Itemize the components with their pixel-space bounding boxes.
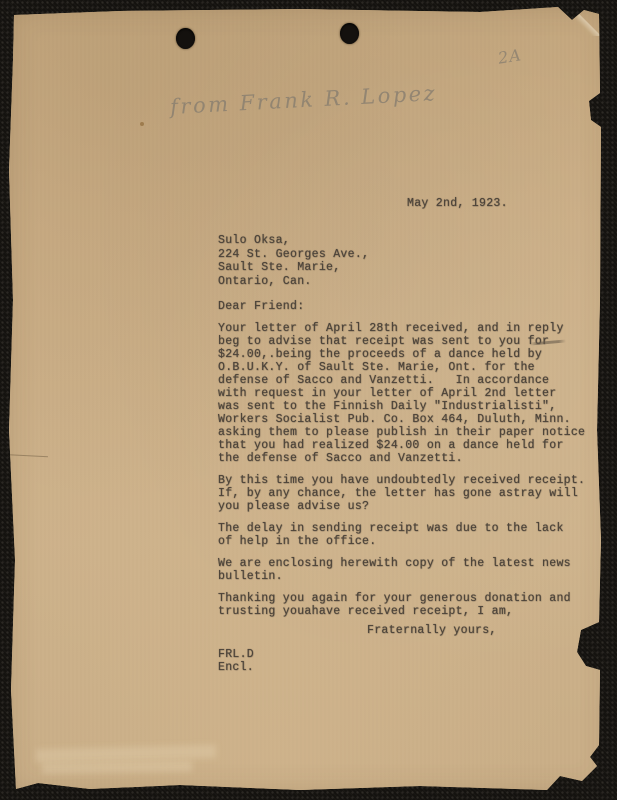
body-line: By this time you have undoubtedly receiv… [218,474,593,487]
body-line: Your letter of April 28th received, and … [218,322,593,335]
body-line: defense of Sacco and Vanzetti. In accord… [218,374,593,387]
paragraph-gap [218,548,593,557]
corner-fold [566,8,602,36]
pencil-annotation-sender: from Frank R. Lopez [170,81,438,119]
body-line: bulletin. [218,570,593,583]
body-line: you please advise us? [218,500,593,513]
body-line: was sent to the Finnish Daily "Industria… [218,400,593,413]
recipient-region: Ontario, Can. [218,275,369,289]
recipient-address: Sulo Oksa, 224 St. Georges Ave., Sault S… [218,234,369,288]
closing: Fraternally yours, [367,624,497,637]
letter-date: May 2nd, 1923. [407,197,508,210]
paragraph-gap [218,583,593,592]
body-line: $24.00,.being the proceeds of a dance he… [218,348,593,361]
bleed-through-text [36,745,216,763]
body-line: that you had realized $24.00 on a dance … [218,439,593,452]
body-line: We are enclosing herewith copy of the la… [218,557,593,570]
body-line: Thanking you again for your generous don… [218,592,593,605]
reference-block: FRL.D Encl. [218,648,254,674]
punch-hole-left [176,28,195,49]
letter-page: from Frank R. Lopez 2A May 2nd, 1923. Su… [0,0,617,800]
punch-hole-right [340,23,359,44]
pencil-annotation-page-number: 2A [497,45,523,67]
body-line: asking them to please publish in their p… [218,426,593,439]
recipient-street: 224 St. Georges Ave., [218,248,369,262]
paragraph-gap [218,513,593,522]
body-line: The delay in sending receipt was due to … [218,522,593,535]
body-line: with request in your letter of April 2nd… [218,387,593,400]
recipient-name: Sulo Oksa, [218,234,369,248]
body-line: trusting youahave received receipt, I am… [218,605,593,618]
body-line: O.B.U.K.Y. of Sault Ste. Marie, Ont. for… [218,361,593,374]
body-line: the defense of Sacco and Vanzetti. [218,452,593,465]
enclosure-note: Encl. [218,661,254,674]
salutation: Dear Friend: [218,300,304,313]
body-line: Workers Socialist Pub. Co. Box 464, Dulu… [218,413,593,426]
bleed-through-text [42,761,192,775]
letter-body: Your letter of April 28th received, and … [218,322,593,618]
paper-crease [0,454,48,458]
body-line: of help in the office. [218,535,593,548]
body-line: If, by any chance, the letter has gone a… [218,487,593,500]
recipient-city: Sault Ste. Marie, [218,261,369,275]
paragraph-gap [218,465,593,474]
paper-stain [140,122,144,126]
typist-initials: FRL.D [218,648,254,661]
scan-background: from Frank R. Lopez 2A May 2nd, 1923. Su… [0,0,617,800]
